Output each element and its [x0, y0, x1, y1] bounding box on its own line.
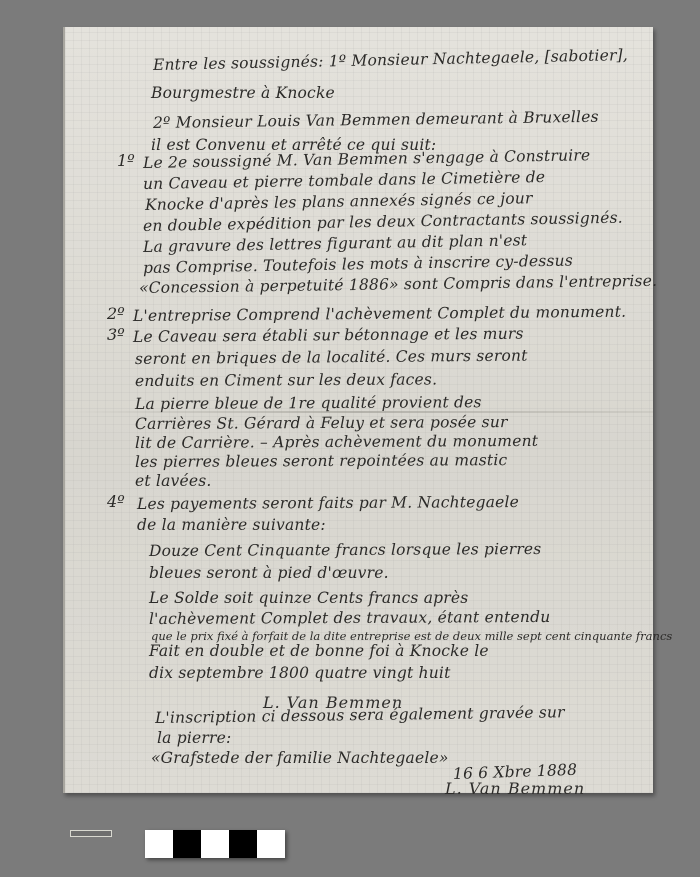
article-4-line: Les payements seront faits par M. Nachte…	[137, 493, 519, 513]
article-4-line: l'achèvement Complet des travaux, étant …	[149, 608, 550, 628]
article-3-line: Carrières St. Gérard à Feluy et sera pos…	[135, 413, 508, 433]
header-line-2: Bourgmestre à Knocke	[151, 84, 335, 102]
article-2-line: L'entreprise Comprend l'achèvement Compl…	[133, 303, 626, 325]
article-4-line: bleues seront à pied d'œuvre.	[149, 564, 389, 582]
article-3-line: Le Caveau sera établi sur bétonnage et l…	[133, 325, 524, 346]
scale-segment-black	[173, 830, 201, 858]
inserted-price-note: que le prix fixé à forfait de la dite en…	[151, 629, 672, 643]
closing-line-1: Fait en double et de bonne foi à Knocke …	[149, 642, 489, 660]
article-3-line: enduits en Ciment sur les deux faces.	[135, 370, 437, 390]
article-3-line: La pierre bleue de 1re qualité provient …	[135, 393, 482, 413]
scale-segment-black	[229, 830, 257, 858]
postscript-line-2: la pierre:	[157, 729, 231, 747]
postscript-line-3: «Grafstede der familie Nachtegaele»	[151, 749, 449, 767]
scale-segment-white	[257, 830, 285, 858]
article-3-number: 3º	[107, 325, 125, 344]
article-1-number: 1º	[117, 151, 135, 170]
article-2-number: 2º	[107, 304, 125, 323]
article-3-line: les pierres bleues seront repointées au …	[135, 451, 507, 471]
postscript-signature: L. Van Bemmen	[445, 779, 585, 798]
scale-segment-white	[201, 830, 229, 858]
article-4-line: de la manière suivante:	[137, 516, 326, 534]
scale-segment-white	[145, 830, 173, 858]
article-3-line: lit de Carrière. – Après achèvement du m…	[135, 432, 538, 452]
article-3-line: seront en briques de la localité. Ces mu…	[135, 347, 528, 368]
postscript-line-1: L'inscription ci dessous sera également …	[155, 703, 565, 727]
handwritten-contract-page: Entre les soussignés: 1º Monsieur Nachte…	[63, 27, 653, 793]
article-3-line: et lavées.	[135, 472, 212, 490]
closing-line-2: dix septembre 1800 quatre vingt huit	[149, 664, 451, 682]
article-4-line: Douze Cent Cinquante francs lorsque les …	[149, 540, 542, 560]
header-line-3: 2º Monsieur Louis Van Bemmen demeurant à…	[153, 108, 599, 132]
color-scale-bar	[145, 830, 285, 858]
article-4-line: Le Solde soit quinze Cents francs après	[149, 589, 468, 607]
article-4-number: 4º	[107, 492, 125, 511]
scale-reference-small	[70, 830, 112, 837]
header-line-1: Entre les soussignés: 1º Monsieur Nachte…	[153, 46, 628, 74]
